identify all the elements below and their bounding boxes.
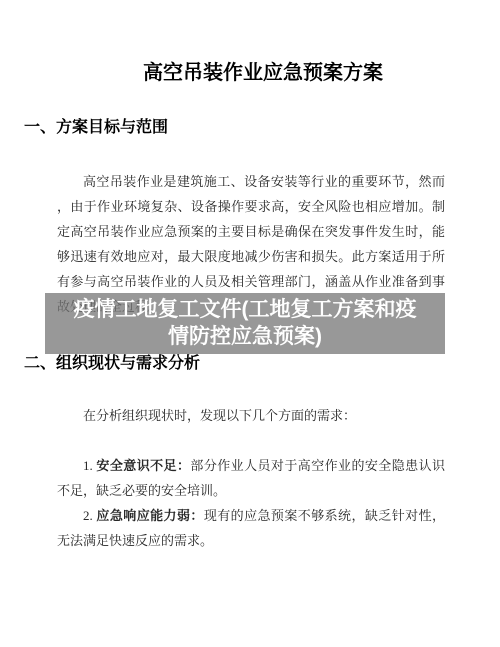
list-item-2-line-1: 2. 应急响应能力弱：现有的应急预案不够系统，缺乏针对性， xyxy=(57,503,445,528)
paragraph-line: 定高空吊装作业应急预案的主要目标是确保在突发事件发生时，能 xyxy=(57,219,445,244)
overlay-watermark: 疫情工地复工文件(工地复工方案和疫 情防控应急预案) xyxy=(45,293,445,354)
list-item-1-line-2: 不足，缺乏必要的安全培训。 xyxy=(57,478,445,503)
section-2-heading: 二、组织现状与需求分析 xyxy=(0,354,500,374)
section-1-heading: 一、方案目标与范围 xyxy=(0,118,500,138)
section-2-intro-wrap: 在分析组织现状时，发现以下几个方面的需求： xyxy=(57,403,445,428)
section-2-intro: 在分析组织现状时，发现以下几个方面的需求： xyxy=(57,403,445,428)
item-2-label: 应急响应能力弱： xyxy=(96,508,203,523)
document-page: 高空吊装作业应急预案方案 一、方案目标与范围 高空吊装作业是建筑施工、设备安装等… xyxy=(0,0,500,647)
list-item-2-line-2: 无法满足快速反应的需求。 xyxy=(57,528,445,553)
item-1-number: 1. xyxy=(83,458,96,473)
needs-list: 1. 安全意识不足：部分作业人员对于高空作业的安全隐患认识 不足，缺乏必要的安全… xyxy=(57,453,445,553)
watermark-line-2: 情防控应急预案) xyxy=(45,323,445,350)
item-1-text: 部分作业人员对于高空作业的安全隐患认识 xyxy=(190,458,445,473)
item-2-number: 2. xyxy=(83,508,96,523)
watermark-line-1: 疫情工地复工文件(工地复工方案和疫 xyxy=(45,296,445,323)
paragraph-line: 够迅速有效地应对，最大限度地减少伤害和损失。此方案适用于所 xyxy=(57,244,445,269)
paragraph-line: 高空吊装作业是建筑施工、设备安装等行业的重要环节，然而 xyxy=(57,169,445,194)
item-1-label: 安全意识不足： xyxy=(96,458,190,473)
paragraph-line: 有参与高空吊装作业的人员及相关管理部门，涵盖从作业准备到事 xyxy=(57,269,445,294)
list-item-1-line-1: 1. 安全意识不足：部分作业人员对于高空作业的安全隐患认识 xyxy=(57,453,445,478)
paragraph-line: ，由于作业环境复杂、设备操作要求高，安全风险也相应增加。制 xyxy=(57,194,445,219)
document-title: 高空吊装作业应急预案方案 xyxy=(0,60,500,86)
item-2-text: 现有的应急预案不够系统，缺乏针对性， xyxy=(204,508,445,523)
